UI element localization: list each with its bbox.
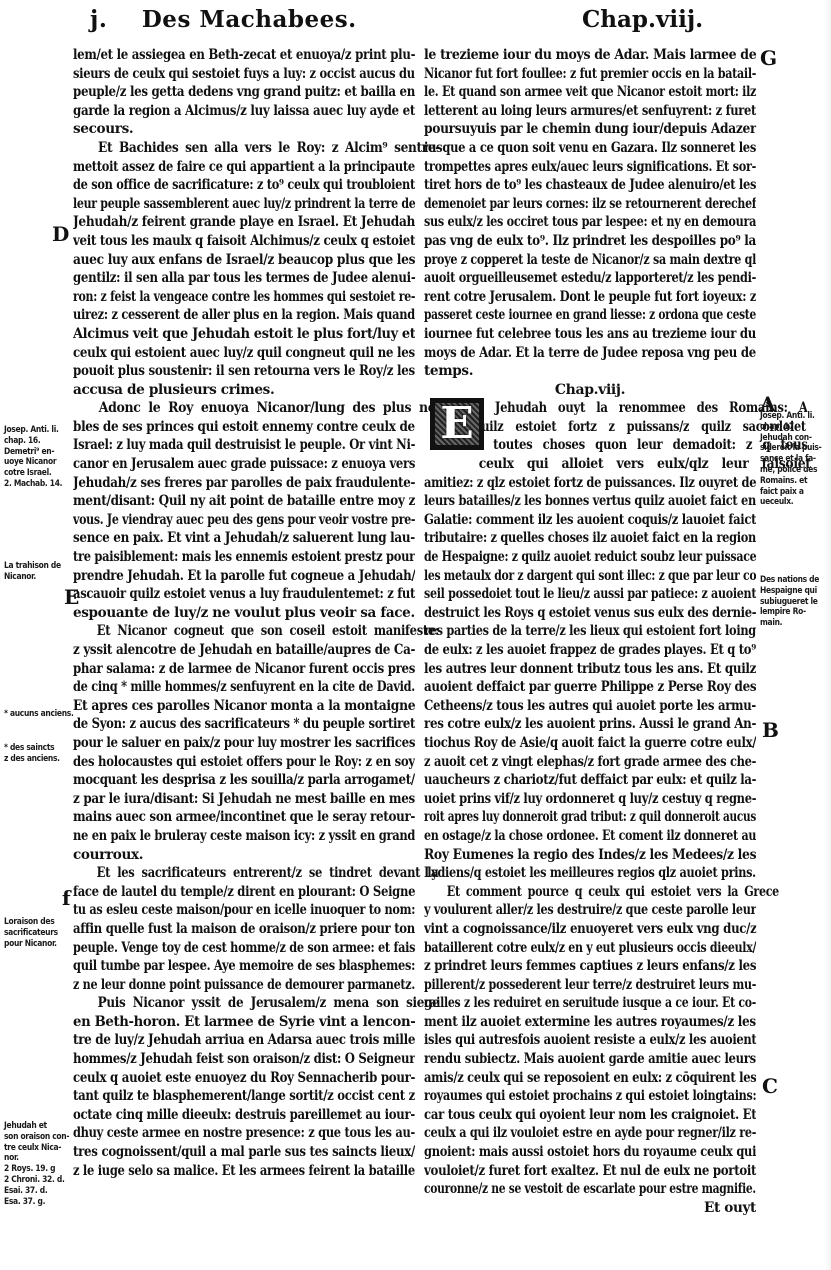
text-line: vint a cognoissance/ilz enuoyeret vers e…: [424, 920, 756, 939]
text-line: pas vng de eulx to⁹. Ilz prindret les de…: [424, 232, 756, 251]
text-line: des holocaustes qui estoiet offers pour …: [73, 753, 415, 772]
text-line: railles z les reduiret en seruitude iusq…: [424, 994, 756, 1013]
text-line: les metaulx dor z dargent qui sont illec…: [424, 567, 756, 586]
text-line: dhuy ceste armee en nostre presence: z q…: [73, 1124, 415, 1143]
text-line: bataillerent cotre eulx/z en y eut plusi…: [424, 939, 756, 958]
text-line: seil possedoiet tout le lieu/z aussi par…: [424, 585, 756, 604]
text-line: destruict les Roys q estoiet venus sus e…: [424, 604, 756, 623]
text-line: quil tumbe par lespee. Aye memoire de se…: [73, 957, 415, 976]
left-text-column: lem/et le assiegea en Beth-zecat et enuo…: [73, 46, 415, 1180]
margin-note-left: Loraison des sacrificateurs pour Nicanor…: [4, 916, 58, 948]
text-line: de son office de sacrificature: z to⁹ ce…: [73, 176, 415, 195]
text-line: les autres leur donnent tributz tous les…: [424, 660, 756, 679]
text-line: ron: z feist la vengeace contre les homm…: [73, 288, 415, 307]
text-line: poursuyuis par le chemin dung iour/depui…: [424, 120, 756, 139]
text-line: tant quilz te blasphemerent/lange sortit…: [73, 1087, 415, 1106]
text-line: Et Nicanor cogneut que son coseil estoit…: [73, 622, 439, 641]
initial-letter: E: [432, 400, 482, 448]
text-line: accusa de plusieurs crimes.: [73, 381, 415, 400]
text-line: mocquant les desprisa z les souilla/z pa…: [73, 771, 415, 790]
text-line: peuple. Venge toy de cest homme/z de son…: [73, 939, 415, 958]
text-line: pour le saluer en paix/z pour luy mostre…: [73, 734, 415, 753]
text-line: tre paisiblement: mais les ennemis estoi…: [73, 548, 415, 567]
text-line: Roy Eumenes la regio des Indes/z les Med…: [424, 846, 756, 865]
text-line: courroux.: [73, 846, 415, 865]
text-line: sence en paix. Et vint a Jehudah/z salue…: [73, 529, 415, 548]
text-line: ascauoir quilz estoiet venus a luy fraud…: [73, 585, 415, 604]
text-line: moys de Adar. Et la terre de Judee repos…: [424, 344, 756, 363]
text-line: le trezieme iour du moys de Adar. Mais l…: [424, 46, 756, 65]
text-line: de Hespaigne: z quilz auoiet reduict sou…: [424, 548, 756, 567]
text-line: octate cinq mille dieeulx: destruis pare…: [73, 1106, 415, 1125]
text-line: gentilz: il sen alla par tous les termes…: [73, 269, 415, 288]
text-line: Nicanor fut fort foullee: z fut premier …: [424, 65, 756, 84]
text-line: ceulx qui alloiet vers eulx/qlz leur fai…: [424, 455, 811, 474]
text-line: le. Et quand son armee veit que Nicanor …: [424, 83, 756, 102]
text-line: couronne/z ne se vestoit de escarlate po…: [424, 1180, 756, 1199]
text-line: face de lautel du temple/z dirent en plo…: [73, 883, 415, 902]
text-line: isles qui autresfois auoient resiste a e…: [424, 1031, 756, 1050]
text-line: Et Bachides sen alla vers le Roy: z Alci…: [73, 139, 440, 158]
text-line: Jehudah/z feirent grande playe en Israel…: [73, 213, 415, 232]
scan-edge-shadow: [825, 0, 831, 1270]
running-head: j. Des Machabees. Chap.viij.: [0, 6, 831, 42]
text-line: auoit orgueilleusemet estedu/z lapporter…: [424, 269, 756, 288]
text-line: Jehudah/z ses freres par parolles de pai…: [73, 474, 415, 493]
right-text-column: le trezieme iour du moys de Adar. Mais l…: [424, 46, 756, 1217]
margin-note-right: Josep. Anti. li. chap. 17. Jehudah con- …: [760, 410, 821, 507]
text-line: de Syon: z aucus des sacrificateurs * du…: [73, 715, 415, 734]
margin-note-left: * aucuns anciens.: [4, 708, 74, 719]
text-line: res parties de la terre/z les lieux qui …: [424, 622, 756, 641]
text-line: Lydiens/q estoiet les meilleures regios …: [424, 864, 756, 883]
text-line: vouloiet/z furet fort exaltez. Et nul de…: [424, 1162, 756, 1181]
text-line: tributaire: z quelles choses ilz auoiet …: [424, 529, 756, 548]
text-line: pouoit plus soustenir: il sen retourna v…: [73, 362, 415, 381]
section-marker-letter: G: [760, 46, 777, 70]
text-line: rendu subiectz. Mais auoient garde amiti…: [424, 1050, 756, 1069]
text-line: Israel: z luy mada quil destruisist le p…: [73, 436, 415, 455]
text-line: lem/et le assiegea en Beth-zecat et enuo…: [73, 46, 415, 65]
text-line: Alcimus veit que Jehudah estoit le plus …: [73, 325, 415, 344]
text-line: leur peuple sassemblerent auec luy/z pri…: [73, 195, 415, 214]
margin-note-left: Jehudah et son oraison con- tre ceulx Ni…: [4, 1120, 69, 1206]
text-line: ment ilz auoiet extermine les autres roy…: [424, 1013, 756, 1032]
text-line: tres cognoissent/quil a mal parle sus te…: [73, 1143, 415, 1162]
section-marker-letter: C: [762, 1074, 778, 1098]
margin-note-left: Josep. Anti. li. chap. 16. Demetri⁹ en- …: [4, 424, 62, 489]
text-line: mains auec son armee/incontinet que le s…: [73, 808, 415, 827]
text-line: passeret ceste iournee en grand liesse: …: [424, 306, 756, 325]
text-line: amis/z ceulx qui se reposoient en eulx: …: [424, 1069, 756, 1088]
text-line: proye z copperet la teste de Nicanor/z s…: [424, 251, 756, 270]
text-line: letterent au loing leurs armures/et senf…: [424, 102, 756, 121]
text-line: en ostage/z la chose ordonee. Et coment …: [424, 827, 756, 846]
text-line: res cotre eulx/z les auoient prins. Auss…: [424, 715, 756, 734]
text-line: Et apres ces parolles Nicanor monta a la…: [73, 697, 415, 716]
text-line: de cinq * mille hommes/z senfuyrent en l…: [73, 678, 415, 697]
text-line: secours.: [73, 120, 415, 139]
text-line: ceulx q auoiet este enuoyez du Roy Senna…: [73, 1069, 415, 1088]
text-line: ment/disant: Quil ny ait point de batail…: [73, 492, 415, 511]
text-line: z par le iura/disant: Si Jehudah ne mest…: [73, 790, 415, 809]
text-line: Et comment pource q ceulx qui estoiet ve…: [424, 883, 779, 902]
chapter-heading: Chap.viij.: [424, 381, 756, 400]
text-line: tu as esleu ceste maison/pour en icelle …: [73, 901, 415, 920]
text-line: ne en paix le bruleray ceste maison icy:…: [73, 827, 415, 846]
text-line: affin quelle fust la maison de oraison/z…: [73, 920, 415, 939]
text-line: gnoient: mais aussi ostoiet hors du roya…: [424, 1143, 756, 1162]
margin-note-left: * des saincts z des anciens.: [4, 742, 60, 764]
text-line: roit apres luy donneroit grad tribut: z …: [424, 808, 756, 827]
text-line: uoiet prins vif/z luy ordonneret q luy/z…: [424, 790, 756, 809]
text-line: veit tous les maulx q faisoit Alchimus/z…: [73, 232, 415, 251]
text-line: iusque a ce quon soit venu en Gazara. Il…: [424, 139, 756, 158]
text-line: rent cotre Jerusalem. Dont le peuple fut…: [424, 288, 756, 307]
text-line: mettoit assez de faire ce qui appartient…: [73, 158, 415, 177]
margin-note-left: La trahison de Nicanor.: [4, 560, 61, 582]
text-line: car tous ceulx qui oyoient leur nom les …: [424, 1106, 756, 1125]
text-line: Cetheens/z tous les autres qui auoiet po…: [424, 697, 756, 716]
text-line: Puis Nicanor yssit de Jerusalem/z mena s…: [73, 994, 439, 1013]
text-line: tiochus Roy de Asie/q auoit faict la gue…: [424, 734, 756, 753]
text-line: amitiez: z qlz estoiet fortz de puissanc…: [424, 474, 756, 493]
text-line: bles de ses princes qui estoit ennemy co…: [73, 418, 415, 437]
section-marker-letter: A: [760, 392, 776, 416]
running-head-left: j. Des Machabees.: [90, 6, 357, 33]
text-line: temps.: [424, 362, 756, 381]
text-line: trompettes apres eulx/auec leurs signifi…: [424, 158, 756, 177]
text-line: espouante de luy/z ne voulut plus veoir …: [73, 604, 415, 623]
section-marker-letter: f: [62, 886, 71, 910]
text-line: ceulx qui estoient auec luy/z quil congn…: [73, 344, 415, 363]
text-line: en Beth-horon. Et larmee de Syrie vint a…: [73, 1013, 415, 1032]
text-line: auoient deffaict par guerre Philippe z P…: [424, 678, 756, 697]
folio-number: j.: [90, 6, 107, 33]
text-line: royaumes qui estoiet prochains z qui est…: [424, 1087, 756, 1106]
section-marker-letter: B: [762, 718, 779, 742]
text-line: phar salama: z de larmee de Nicanor fure…: [73, 660, 415, 679]
text-line: z auoit cet z vingt elephas/z fort grade…: [424, 753, 756, 772]
text-line: Galatie: comment ilz les auoient coquis/…: [424, 511, 756, 530]
text-line: de eulx: z les auoiet frappez de grades …: [424, 641, 756, 660]
text-line: demenoiet par leurs cornes: ilz se retou…: [424, 195, 756, 214]
book-title: Des Machabees.: [142, 6, 357, 33]
scanned-page: j. Des Machabees. Chap.viij. lem/et le a…: [0, 0, 831, 1270]
text-line: sieurs de ceulx qui sestoiet fuys a luy:…: [73, 65, 415, 84]
text-line: uirez: z cesserent de aller plus en la r…: [73, 306, 415, 325]
text-line: vous. Je viendray auec peu des gens pour…: [73, 511, 415, 530]
decorated-initial: E: [430, 398, 484, 450]
text-line: sus eulx/z les occiret tous par lespee: …: [424, 213, 756, 232]
text-line: peuple/z les getta dedens vng grand puit…: [73, 83, 415, 102]
text-line: y voulurent aller/z les destruire/z que …: [424, 901, 756, 920]
text-line: ceulx a qui ilz vouloiet estre en ayde p…: [424, 1124, 756, 1143]
section-marker-letter: E: [64, 585, 79, 609]
text-line: Adonc le Roy enuoya Nicanor/lung des plu…: [73, 399, 441, 418]
text-line: auec luy aux enfans de Israel/z beaucop …: [73, 251, 415, 270]
text-line: z prindret leurs femmes captiues z leurs…: [424, 957, 756, 976]
text-line: garde la region a Alcimus/z luy laissa a…: [73, 102, 415, 121]
section-marker-letter: D: [52, 222, 69, 246]
text-line: leurs batailles/z les bonnes vertus quil…: [424, 492, 756, 511]
text-line: z ne leur donne point puissance de demou…: [73, 976, 415, 995]
text-line: uaucheurs z chariotz/fut deffaict par eu…: [424, 771, 756, 790]
text-line: iournee fut celebree tous les ans au tre…: [424, 325, 756, 344]
text-line: z le iuge selo sa malice. Et les armees …: [73, 1162, 415, 1181]
text-line: Et les sacrificateurs entrerent/z se tin…: [73, 864, 438, 883]
text-line: z yssit alencotre de Jehudah en bataille…: [73, 641, 415, 660]
text-line: pillerent/z possederent leur terre/z des…: [424, 976, 756, 995]
text-line: prendre Jehudah. Et la parolle fut cogne…: [73, 567, 415, 586]
text-line: canor en Jerusalem auec grade puissace: …: [73, 455, 415, 474]
text-line: hommes/z Jehudah feist son oraison/z dis…: [73, 1050, 415, 1069]
chapter-label: Chap.viij.: [582, 6, 703, 33]
text-line: tre de luy/z Jehudah arriua en Adarsa au…: [73, 1031, 415, 1050]
text-line: tiret hors de to⁹ les chasteaux de Judee…: [424, 176, 756, 195]
margin-note-right: Des nations de Hespaigne qui subiugueret…: [760, 574, 819, 628]
text-line: Et ouyt: [424, 1199, 756, 1218]
